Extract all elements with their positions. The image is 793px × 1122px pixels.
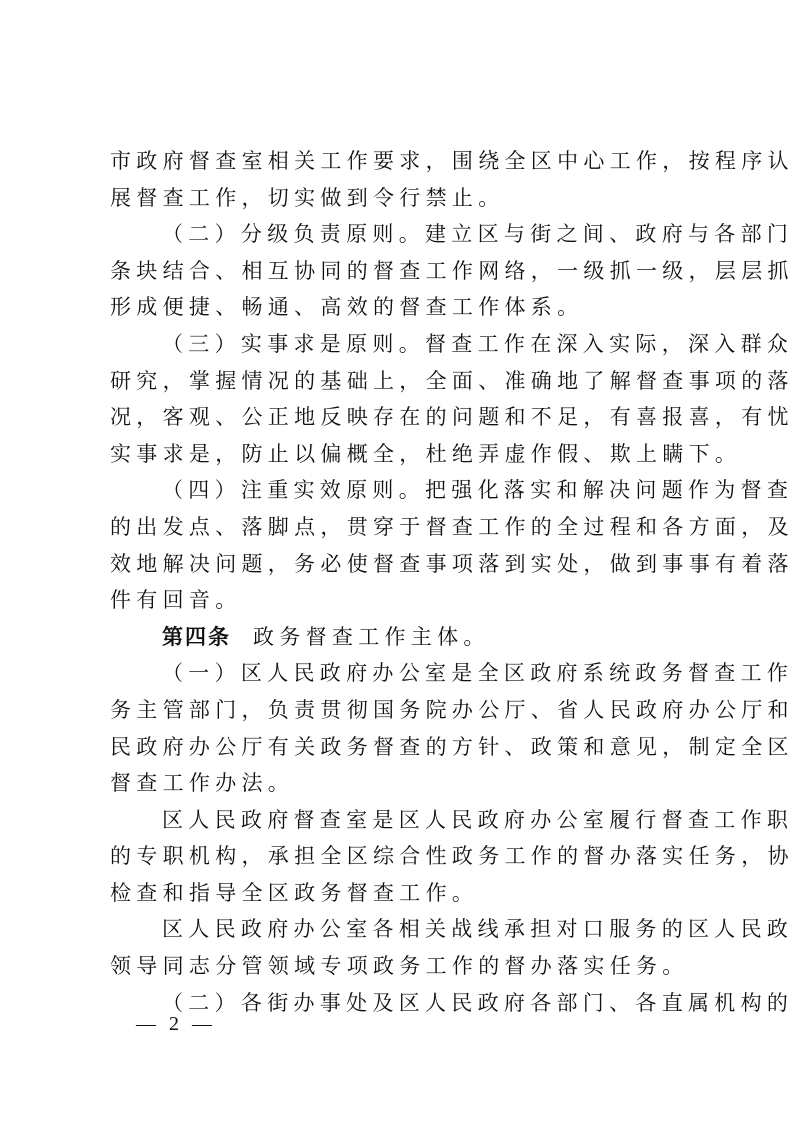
text-line: 检查和指导全区政务督查工作。 <box>110 875 694 912</box>
article-heading: 第四条 <box>162 625 231 649</box>
article-4-line: 第四条政务督查工作主体。 <box>110 619 694 656</box>
document-page: 市政府督查室相关工作要求，围绕全区中心工作，按程序认真开 展督查工作，切实做到令… <box>0 0 793 1122</box>
text-line: 区人民政府督查室是区人民政府办公室履行督查工作职责 <box>110 802 694 839</box>
text-line: 务主管部门，负责贯彻国务院办公厅、省人民政府办公厅和市人 <box>110 692 694 729</box>
text-line: （四）注重实效原则。把强化落实和解决问题作为督查工作 <box>110 472 694 509</box>
text-line: 区人民政府办公室各相关战线承担对口服务的区人民政府 <box>110 911 694 948</box>
article-title: 政务督查工作主体。 <box>253 625 490 649</box>
text-line: 条块结合、相互协同的督查工作网络，一级抓一级，层层抓落实， <box>110 253 694 290</box>
text-line: （二）分级负责原则。建立区与街之间、政府与各部门之间 <box>110 216 694 253</box>
text-line: 展督查工作，切实做到令行禁止。 <box>110 180 694 217</box>
text-line: 况，客观、公正地反映存在的问题和不足，有喜报喜，有忧报忧， <box>110 399 694 436</box>
text-line: 形成便捷、畅通、高效的督查工作体系。 <box>110 289 694 326</box>
text-line: 督查工作办法。 <box>110 765 694 802</box>
page-number: — 2 — <box>136 1013 216 1036</box>
text-line: 研究，掌握情况的基础上，全面、准确地了解督查事项的落实情 <box>110 363 694 400</box>
text-line: 效地解决问题，务必使督查事项落到实处，做到事事有着落，件 <box>110 546 694 583</box>
text-line: 市政府督查室相关工作要求，围绕全区中心工作，按程序认真开 <box>110 143 694 180</box>
text-line: 实事求是，防止以偏概全，杜绝弄虚作假、欺上瞒下。 <box>110 436 694 473</box>
document-body: 市政府督查室相关工作要求，围绕全区中心工作，按程序认真开 展督查工作，切实做到令… <box>110 143 694 1021</box>
text-line: （三）实事求是原则。督查工作在深入实际，深入群众调查 <box>110 326 694 363</box>
text-line: 领导同志分管领域专项政务工作的督办落实任务。 <box>110 948 694 985</box>
text-line: 件有回音。 <box>110 582 694 619</box>
text-line: 的专职机构，承担全区综合性政务工作的督办落实任务，协调、 <box>110 838 694 875</box>
text-line: 的出发点、落脚点，贯穿于督查工作的全过程和各方面，及时有 <box>110 509 694 546</box>
text-line: （一）区人民政府办公室是全区政府系统政务督查工作的业 <box>110 655 694 692</box>
text-line: 民政府办公厅有关政务督查的方针、政策和意见，制定全区政务 <box>110 729 694 766</box>
